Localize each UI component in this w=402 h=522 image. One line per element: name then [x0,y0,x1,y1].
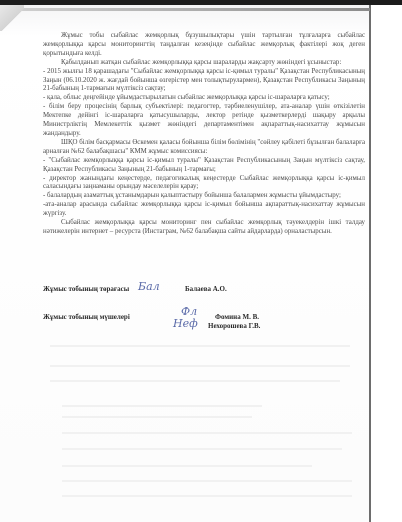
list-item-law-strict: - "Сыбайлас жемқорлыққа қарсы іс-қимыл т… [43,157,365,175]
chair-signature-row: Жұмыс тобының төрағасы Бал Балаева А.О. [43,285,363,299]
bleed-through-line [62,495,352,497]
list-item-outreach: - білім беру процесінің барлық субъектіл… [43,103,365,139]
chair-name: Балаева А.О. [185,285,227,293]
page-top-shadow [18,8,370,11]
bleed-through-line [50,365,350,367]
bleed-through-line [62,465,312,467]
bleed-through-line [62,405,262,407]
bleed-through-line [50,380,340,382]
chair-signature: Бал [138,280,160,293]
paragraph-proposals-heading: Қабылданып жатқан сыбайлас жемқорлыққа қ… [43,59,365,68]
document-body: Жұмыс тобы сыбайлас жемқорлық бұзушылықт… [43,32,365,237]
list-item-civic: - балалардың азаматтық ұстанымдарын қалы… [43,192,365,201]
bleed-through-line [62,480,352,482]
folded-corner [0,5,24,31]
paragraph-publish: Сыбайлас жемқорлыққа қарсы мониторинг пе… [43,219,365,237]
right-margin [371,5,402,522]
chair-label: Жұмыс тобының төрағасы [43,285,129,293]
list-item-councils: - директор жанындағы кеңестерде, педагог… [43,175,365,193]
list-item-law-compliance: - 2015 жылғы 18 қарашадағы "Сыбайлас жем… [43,68,365,95]
bleed-through-line [62,416,252,418]
paragraph-commission: ШҚО білім басқармасы Өскемен қаласы бойы… [43,139,365,157]
member-signature-2: Неф [173,317,198,330]
members-signature-row: Жұмыс тобының мүшелері Фл Неф Фомина М. … [43,313,363,343]
member-name-2: Нехорошева Г.В. [208,322,260,330]
paragraph-conclusion: Жұмыс тобы сыбайлас жемқорлық бұзушылықт… [43,32,365,59]
member-name-1: Фомина М. В. [215,313,259,321]
bleed-through-line [62,432,352,434]
list-item-parents: -ата-аналар арасында сыбайлас жемқорлыққ… [43,201,365,219]
list-item-events-participation: - қала, облыс деңгейінде ұйымдастырылаты… [43,94,365,103]
members-label: Жұмыс тобының мүшелері [43,313,130,321]
bleed-through-line [62,448,342,450]
bleed-through-line [50,345,350,347]
